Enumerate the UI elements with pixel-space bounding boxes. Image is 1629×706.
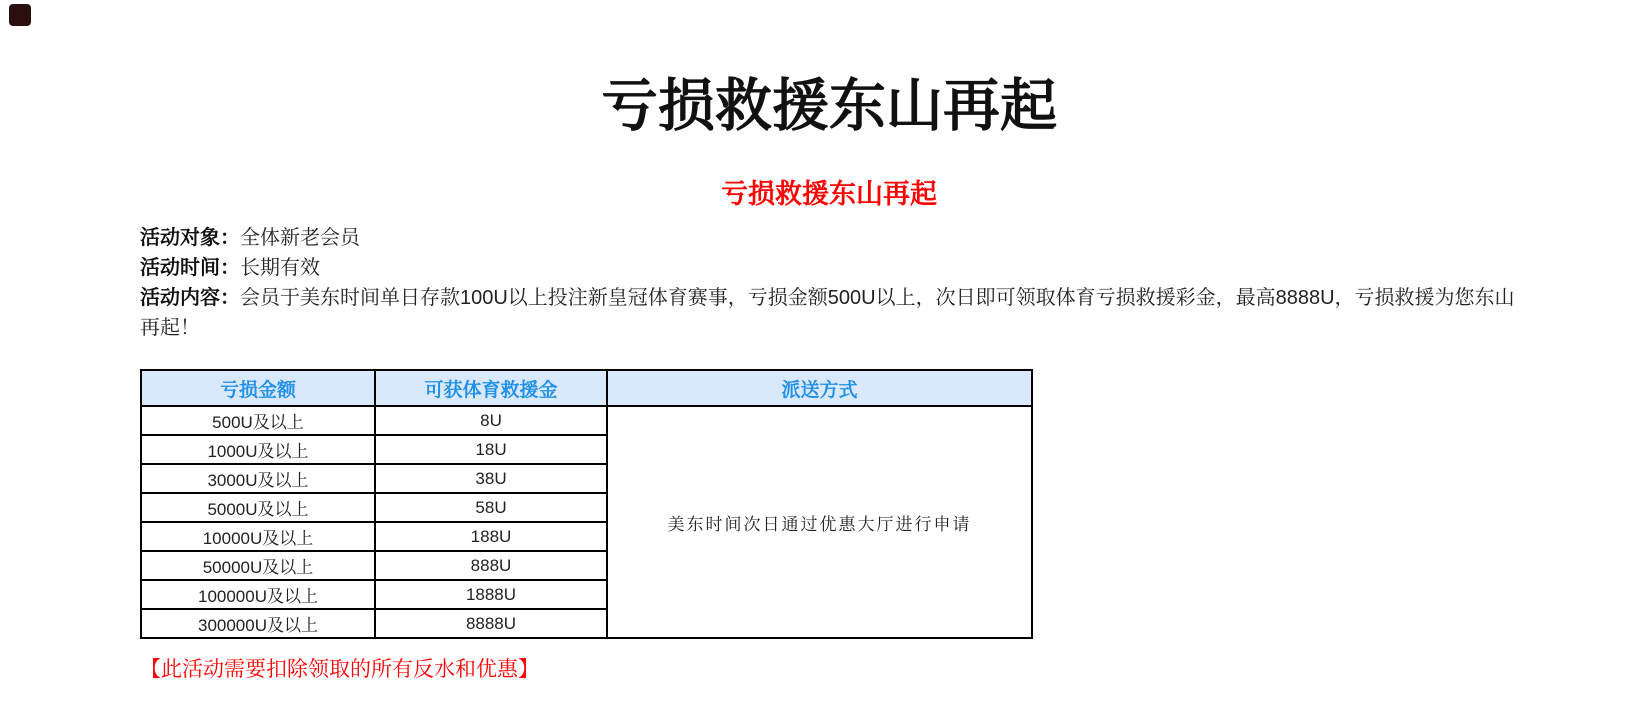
- loss-rescue-table: 亏损金额 可获体育救援金 派送方式 500U及以上 8U 美东时间次日通过优惠大…: [140, 369, 1033, 639]
- column-header-loss-amount: 亏损金额: [141, 370, 375, 406]
- page-subtitle: 亏损救援东山再起: [140, 180, 1518, 210]
- activity-content-value: 会员于美东时间单日存款100U以上投注新皇冠体育赛事，亏损金额500U以上，次日…: [140, 287, 1515, 339]
- bonus-cell: 8888U: [375, 609, 607, 638]
- corner-logo-mark: [9, 4, 31, 26]
- activity-target-value: 全体新老会员: [240, 227, 360, 249]
- bonus-cell: 8U: [375, 406, 607, 435]
- activity-time-line: 活动时间：长期有效: [140, 253, 1518, 283]
- promo-page: 亏损救援东山再起 亏损救援东山再起 活动对象：全体新老会员 活动时间：长期有效 …: [140, 0, 1518, 683]
- loss-amount-cell: 500U及以上: [141, 406, 375, 435]
- page-title: 亏损救援东山再起: [140, 0, 1518, 140]
- loss-amount-cell: 50000U及以上: [141, 551, 375, 580]
- bonus-cell: 188U: [375, 522, 607, 551]
- loss-amount-cell: 1000U及以上: [141, 435, 375, 464]
- table-header-row: 亏损金额 可获体育救援金 派送方式: [141, 370, 1032, 406]
- activity-time-value: 长期有效: [240, 257, 320, 279]
- footer-note: 【此活动需要扣除领取的所有反水和优惠】: [140, 653, 1518, 683]
- activity-content-line: 活动内容：会员于美东时间单日存款100U以上投注新皇冠体育赛事，亏损金额500U…: [140, 283, 1518, 343]
- activity-target-label: 活动对象：: [140, 227, 240, 249]
- loss-amount-cell: 5000U及以上: [141, 493, 375, 522]
- bonus-cell: 38U: [375, 464, 607, 493]
- bonus-cell: 888U: [375, 551, 607, 580]
- loss-amount-cell: 3000U及以上: [141, 464, 375, 493]
- bonus-cell: 58U: [375, 493, 607, 522]
- column-header-delivery-way: 派送方式: [607, 370, 1032, 406]
- bonus-cell: 18U: [375, 435, 607, 464]
- activity-info: 活动对象：全体新老会员 活动时间：长期有效 活动内容：会员于美东时间单日存款10…: [140, 223, 1518, 343]
- activity-content-label: 活动内容：: [140, 287, 240, 309]
- delivery-way-cell: 美东时间次日通过优惠大厅进行申请: [607, 406, 1032, 638]
- activity-time-label: 活动时间：: [140, 257, 240, 279]
- table-row: 500U及以上 8U 美东时间次日通过优惠大厅进行申请: [141, 406, 1032, 435]
- bonus-cell: 1888U: [375, 580, 607, 609]
- loss-amount-cell: 300000U及以上: [141, 609, 375, 638]
- loss-amount-cell: 10000U及以上: [141, 522, 375, 551]
- column-header-rescue-bonus: 可获体育救援金: [375, 370, 607, 406]
- loss-amount-cell: 100000U及以上: [141, 580, 375, 609]
- activity-target-line: 活动对象：全体新老会员: [140, 223, 1518, 253]
